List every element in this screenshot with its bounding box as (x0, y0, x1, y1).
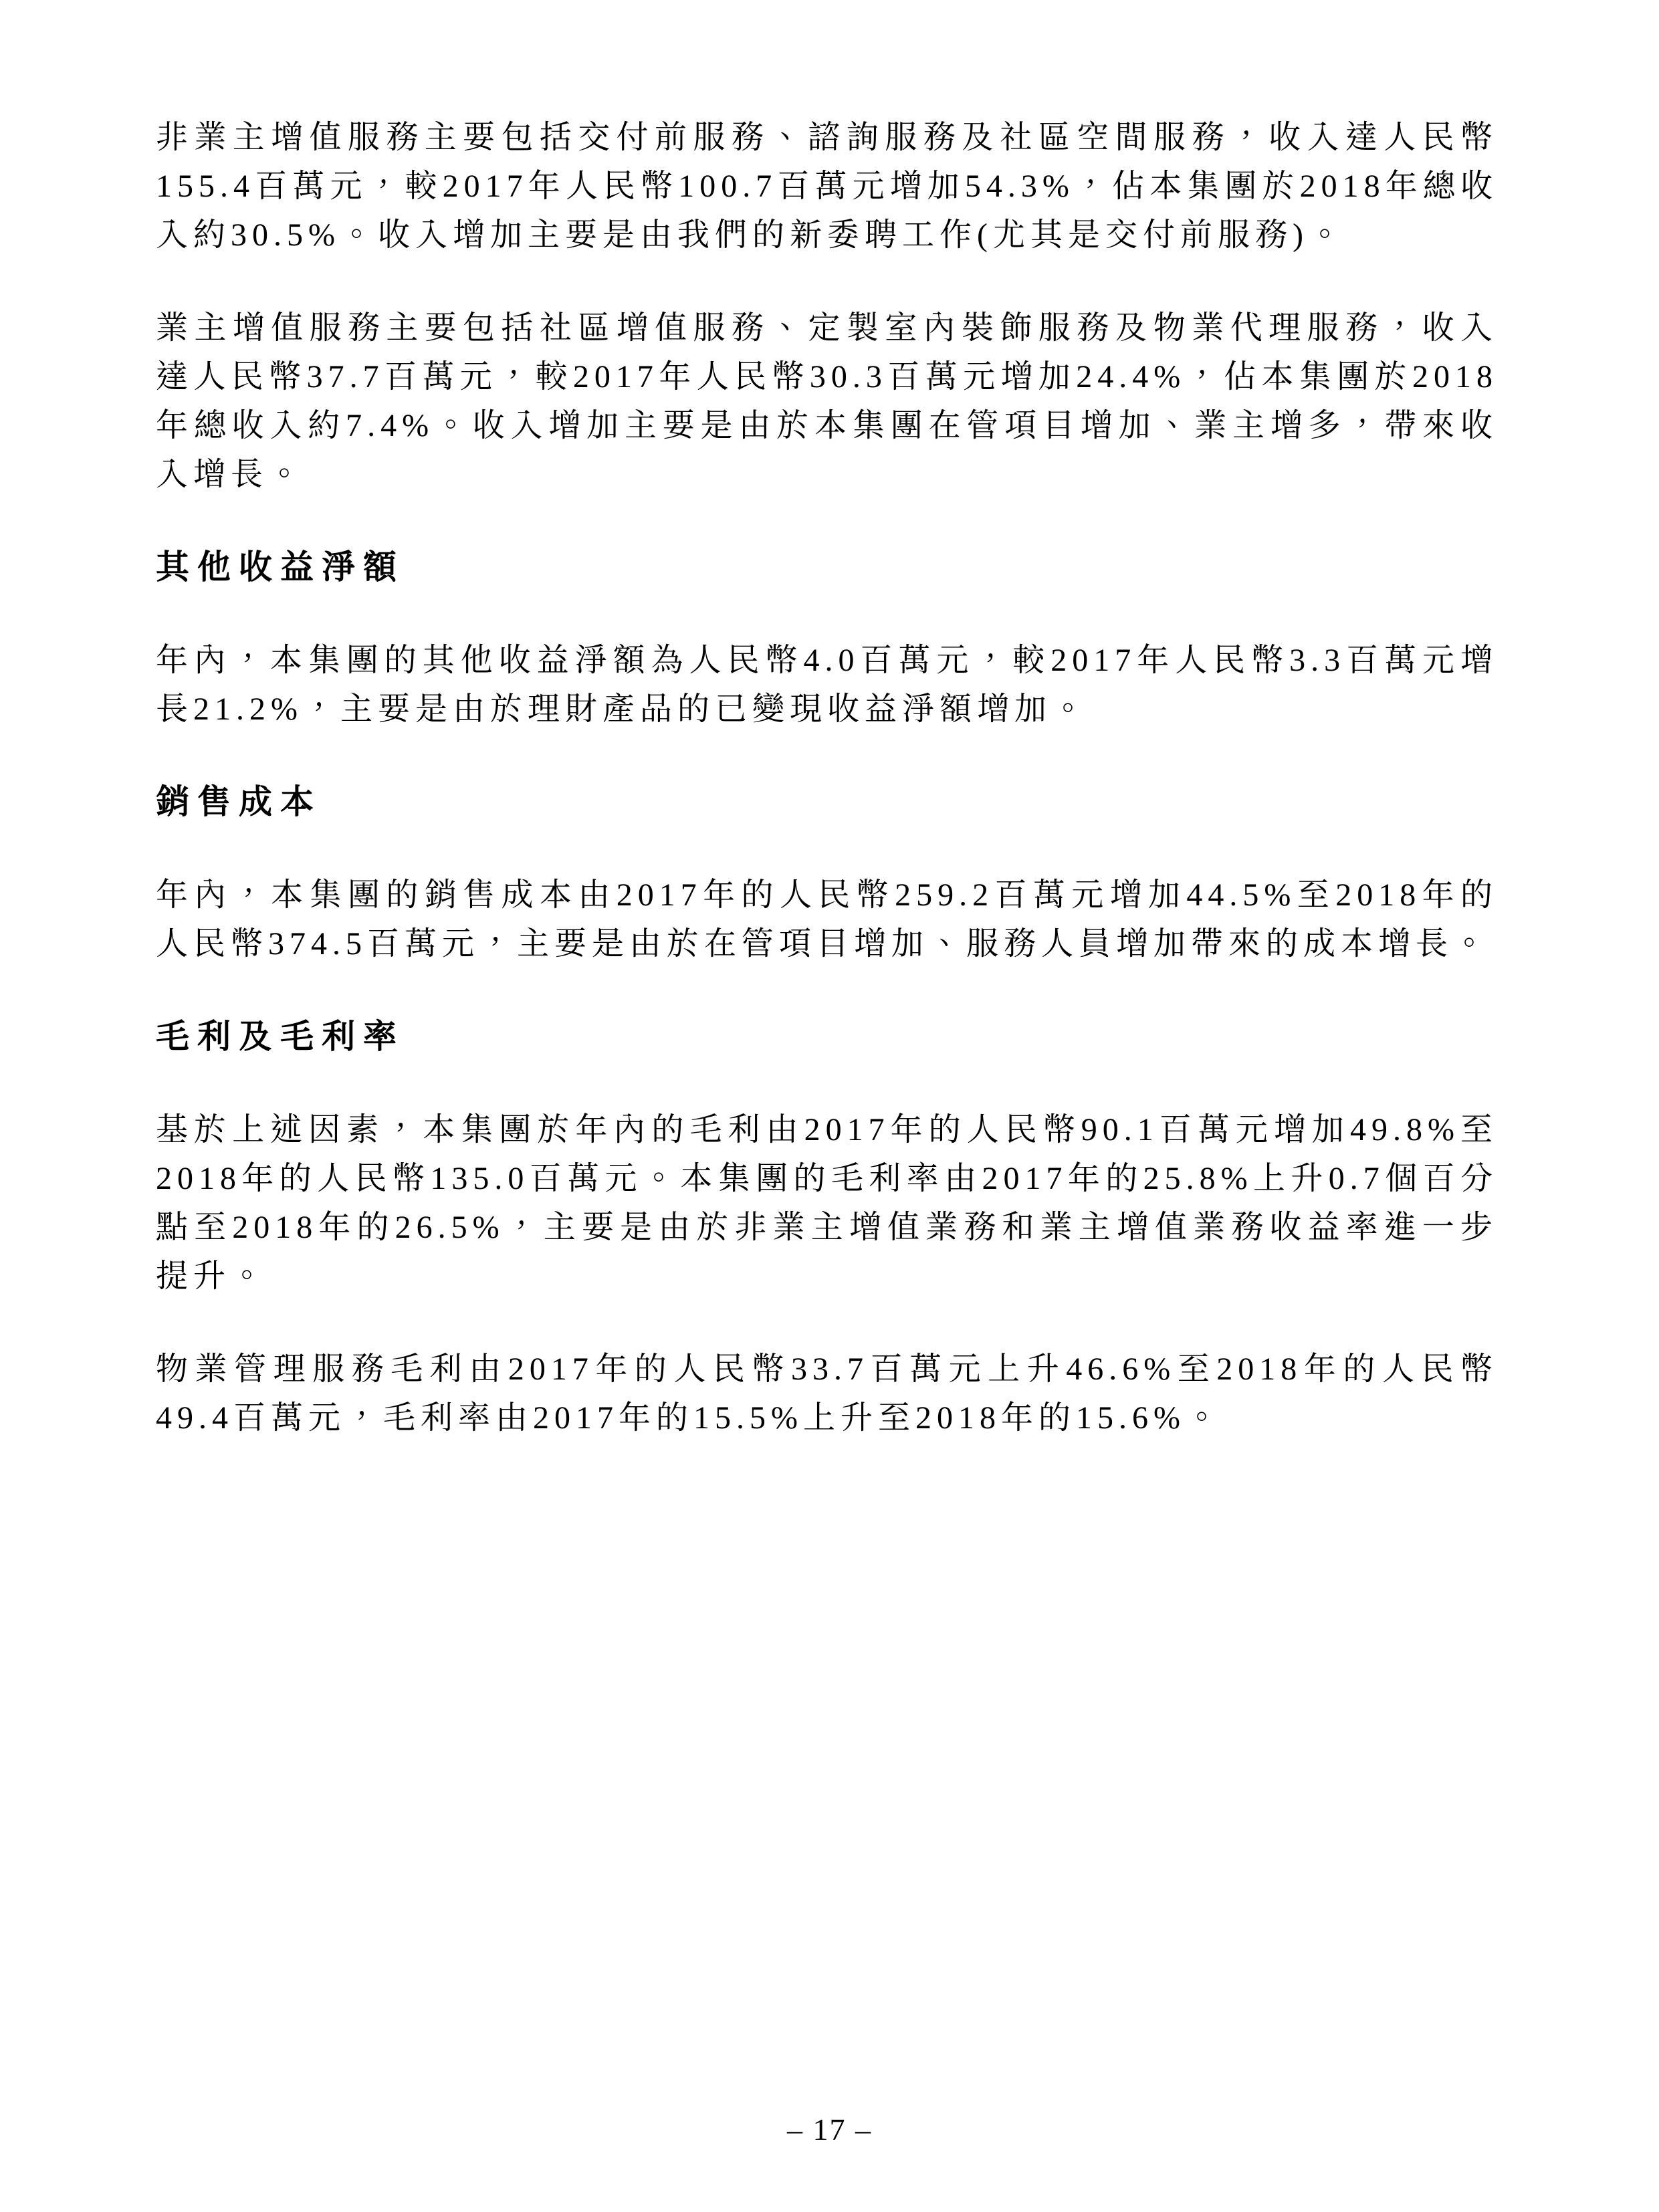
report-page: 非業主增值服務主要包括交付前服務、諮詢服務及社區空間服務，收入達人民幣155.4… (0, 0, 1659, 2212)
section-heading-gross-profit-and-margin: 毛利及毛利率 (156, 1012, 1498, 1061)
paragraph-gross-profit-and-margin: 基於上述因素，本集團於年內的毛利由2017年的人民幣90.1百萬元增加49.8%… (156, 1105, 1498, 1301)
page-number: – 17 – (0, 2112, 1659, 2147)
paragraph-cost-of-sales: 年內，本集團的銷售成本由2017年的人民幣259.2百萬元增加44.5%至201… (156, 871, 1498, 968)
section-heading-cost-of-sales: 銷售成本 (156, 778, 1498, 826)
paragraph-non-owner-value-added-services: 非業主增值服務主要包括交付前服務、諮詢服務及社區空間服務，收入達人民幣155.4… (156, 113, 1498, 259)
page-body-text: 非業主增值服務主要包括交付前服務、諮詢服務及社區空間服務，收入達人民幣155.4… (156, 113, 1498, 1486)
paragraph-other-net-gains: 年內，本集團的其他收益淨額為人民幣4.0百萬元，較2017年人民幣3.3百萬元增… (156, 636, 1498, 734)
paragraph-property-management-gross-profit: 物業管理服務毛利由2017年的人民幣33.7百萬元上升46.6%至2018年的人… (156, 1345, 1498, 1442)
section-heading-other-net-gains: 其他收益淨額 (156, 543, 1498, 592)
paragraph-owner-value-added-services: 業主增值服務主要包括社區增值服務、定製室內裝飾服務及物業代理服務，收入達人民幣3… (156, 304, 1498, 499)
